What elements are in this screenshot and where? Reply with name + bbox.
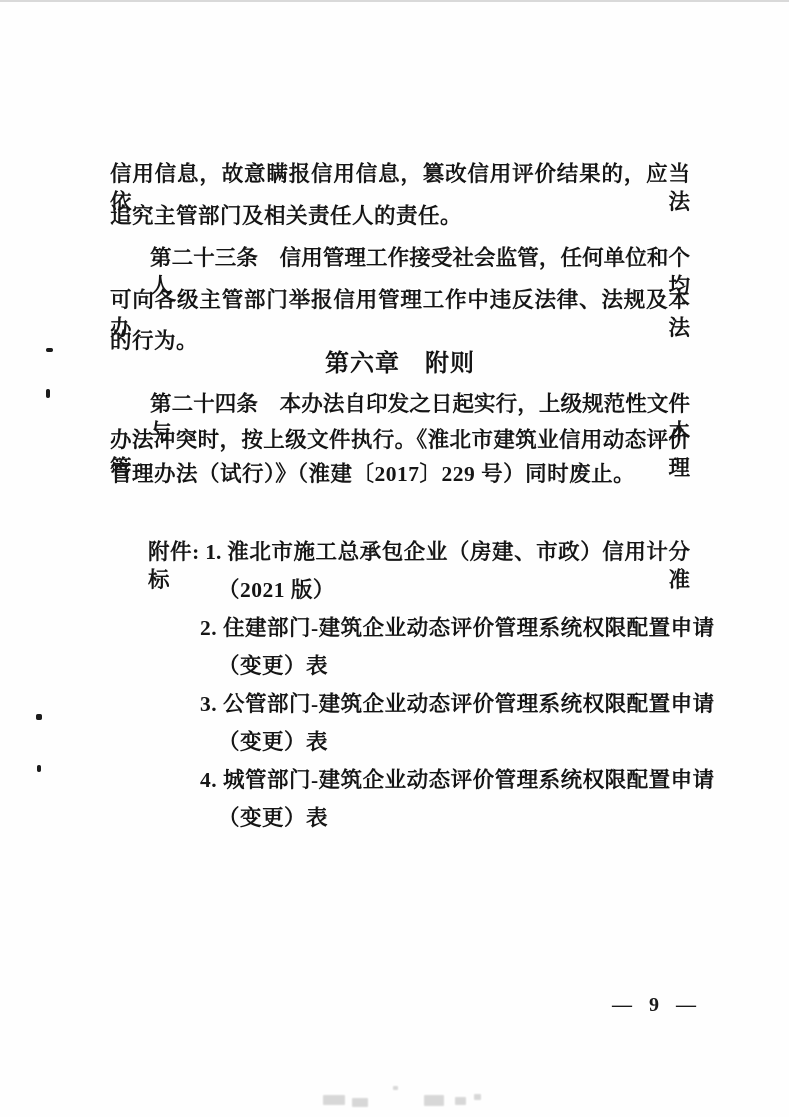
scan-noise	[393, 1086, 398, 1090]
scan-speck	[46, 389, 50, 398]
attachments-line-3: 2. 住建部门-建筑企业动态评价管理系统权限配置申请	[200, 614, 715, 642]
scan-noise	[323, 1095, 345, 1105]
attachments-line-5: 3. 公管部门-建筑企业动态评价管理系统权限配置申请	[200, 690, 715, 718]
scan-speck	[37, 765, 41, 772]
attachments-line-6: （变更）表	[218, 728, 328, 756]
page-number: — 9 —	[612, 994, 702, 1017]
scan-noise	[424, 1095, 444, 1106]
chapter-heading: 第六章 附则	[110, 349, 690, 379]
scan-edge-line	[0, 0, 789, 2]
scan-speck	[46, 348, 53, 352]
body-line-2: 追究主管部门及相关责任人的责任。	[110, 202, 462, 230]
document-page: 信用信息，故意瞒报信用信息，篡改信用评价结果的，应当依法 追究主管部门及相关责任…	[0, 0, 789, 1117]
scan-noise	[352, 1098, 368, 1107]
scan-noise	[474, 1094, 481, 1100]
scan-noise	[455, 1097, 466, 1105]
attachments-line-7: 4. 城管部门-建筑企业动态评价管理系统权限配置申请	[200, 766, 715, 794]
chapter-line-3: 管理办法（试行）》（淮建〔2017〕229 号）同时废止。	[110, 460, 635, 488]
attachments-line-8: （变更）表	[218, 804, 328, 832]
attachments-line-4: （变更）表	[218, 652, 328, 680]
attachments-line-2: （2021 版）	[218, 576, 335, 604]
scan-speck	[36, 714, 42, 720]
